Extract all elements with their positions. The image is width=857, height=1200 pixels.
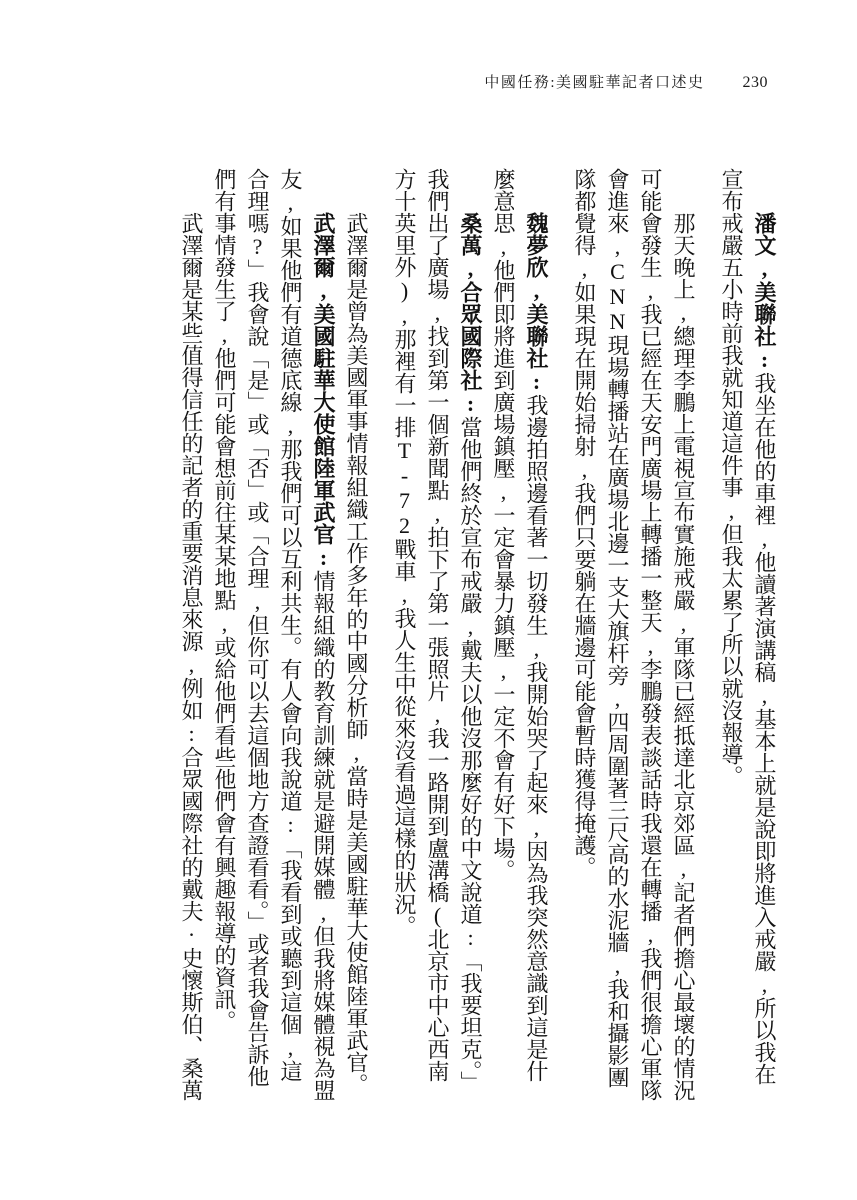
running-head-title: 中國任務:美國駐華記者口述史 bbox=[484, 71, 704, 92]
vertical-text-block: 潘文,美聯社:我坐在他的車裡,他讀著演講稿,基本上就是說即將進入戒嚴,所以我在宣… bbox=[175, 168, 781, 1103]
paragraph-narrator-note-sources: 武澤爾是某些值得信任的記者的重要消息來源,例如:合眾國際社的戴夫·史懷斯伯、桑萬 bbox=[175, 168, 208, 1103]
paragraph-text: 武澤爾是曾為美國軍事情報組織工作多年的中國分析師,當時是美國駐華大使館陸軍武官。 bbox=[344, 212, 369, 1095]
paragraph-pan-wen-quote: 潘文,美聯社:我坐在他的車裡,他讀著演講稿,基本上就是說即將進入戒嚴,所以我在宣… bbox=[715, 168, 781, 1103]
paragraph-pan-wen-continued: 那天晚上,總理李鵬上電視宣布實施戒嚴,軍隊已經抵達北京郊區,記者們擔心最壞的情況… bbox=[568, 168, 700, 1103]
page-number: 230 bbox=[743, 74, 769, 92]
speaker-name: 桑萬,合眾國際社: bbox=[458, 212, 483, 416]
speaker-name: 潘文,美聯社: bbox=[752, 212, 777, 372]
paragraph-wei-meng-xin-quote: 魏夢欣,美聯社:我邊拍照邊看著一切發生,我開始哭了起來,因為我突然意識到這是什麼… bbox=[487, 168, 553, 1103]
book-page: 中國任務:美國駐華記者口述史 230 潘文,美聯社:我坐在他的車裡,他讀著演講稿… bbox=[0, 0, 857, 1200]
paragraph-text: 武澤爾是某些值得信任的記者的重要消息來源,例如:合眾國際社的戴夫·史懷斯伯、桑萬 bbox=[179, 212, 204, 1101]
paragraph-text: 那天晚上,總理李鵬上電視宣布實施戒嚴,軍隊已經抵達北京郊區,記者們擔心最壞的情況… bbox=[572, 168, 696, 1101]
speaker-name: 魏夢欣,美聯社: bbox=[524, 212, 549, 394]
paragraph-wuzeer-quote: 武澤爾,美國駐華大使館陸軍武官:情報組織的教育訓練就是避開媒體,但我將媒體視為盟… bbox=[208, 168, 340, 1103]
paragraph-sang-wan-quote: 桑萬,合眾國際社:當他們終於宣布戒嚴,戴夫以他沒那麼好的中文說道:「我要坦克。」… bbox=[388, 168, 487, 1103]
running-head: 中國任務:美國駐華記者口述史 230 bbox=[484, 71, 768, 92]
speaker-name: 武澤爾,美國駐華大使館陸軍武官: bbox=[311, 212, 336, 570]
paragraph-narrator-note-wuzeer: 武澤爾是曾為美國軍事情報組織工作多年的中國分析師,當時是美國駐華大使館陸軍武官。 bbox=[340, 168, 373, 1103]
